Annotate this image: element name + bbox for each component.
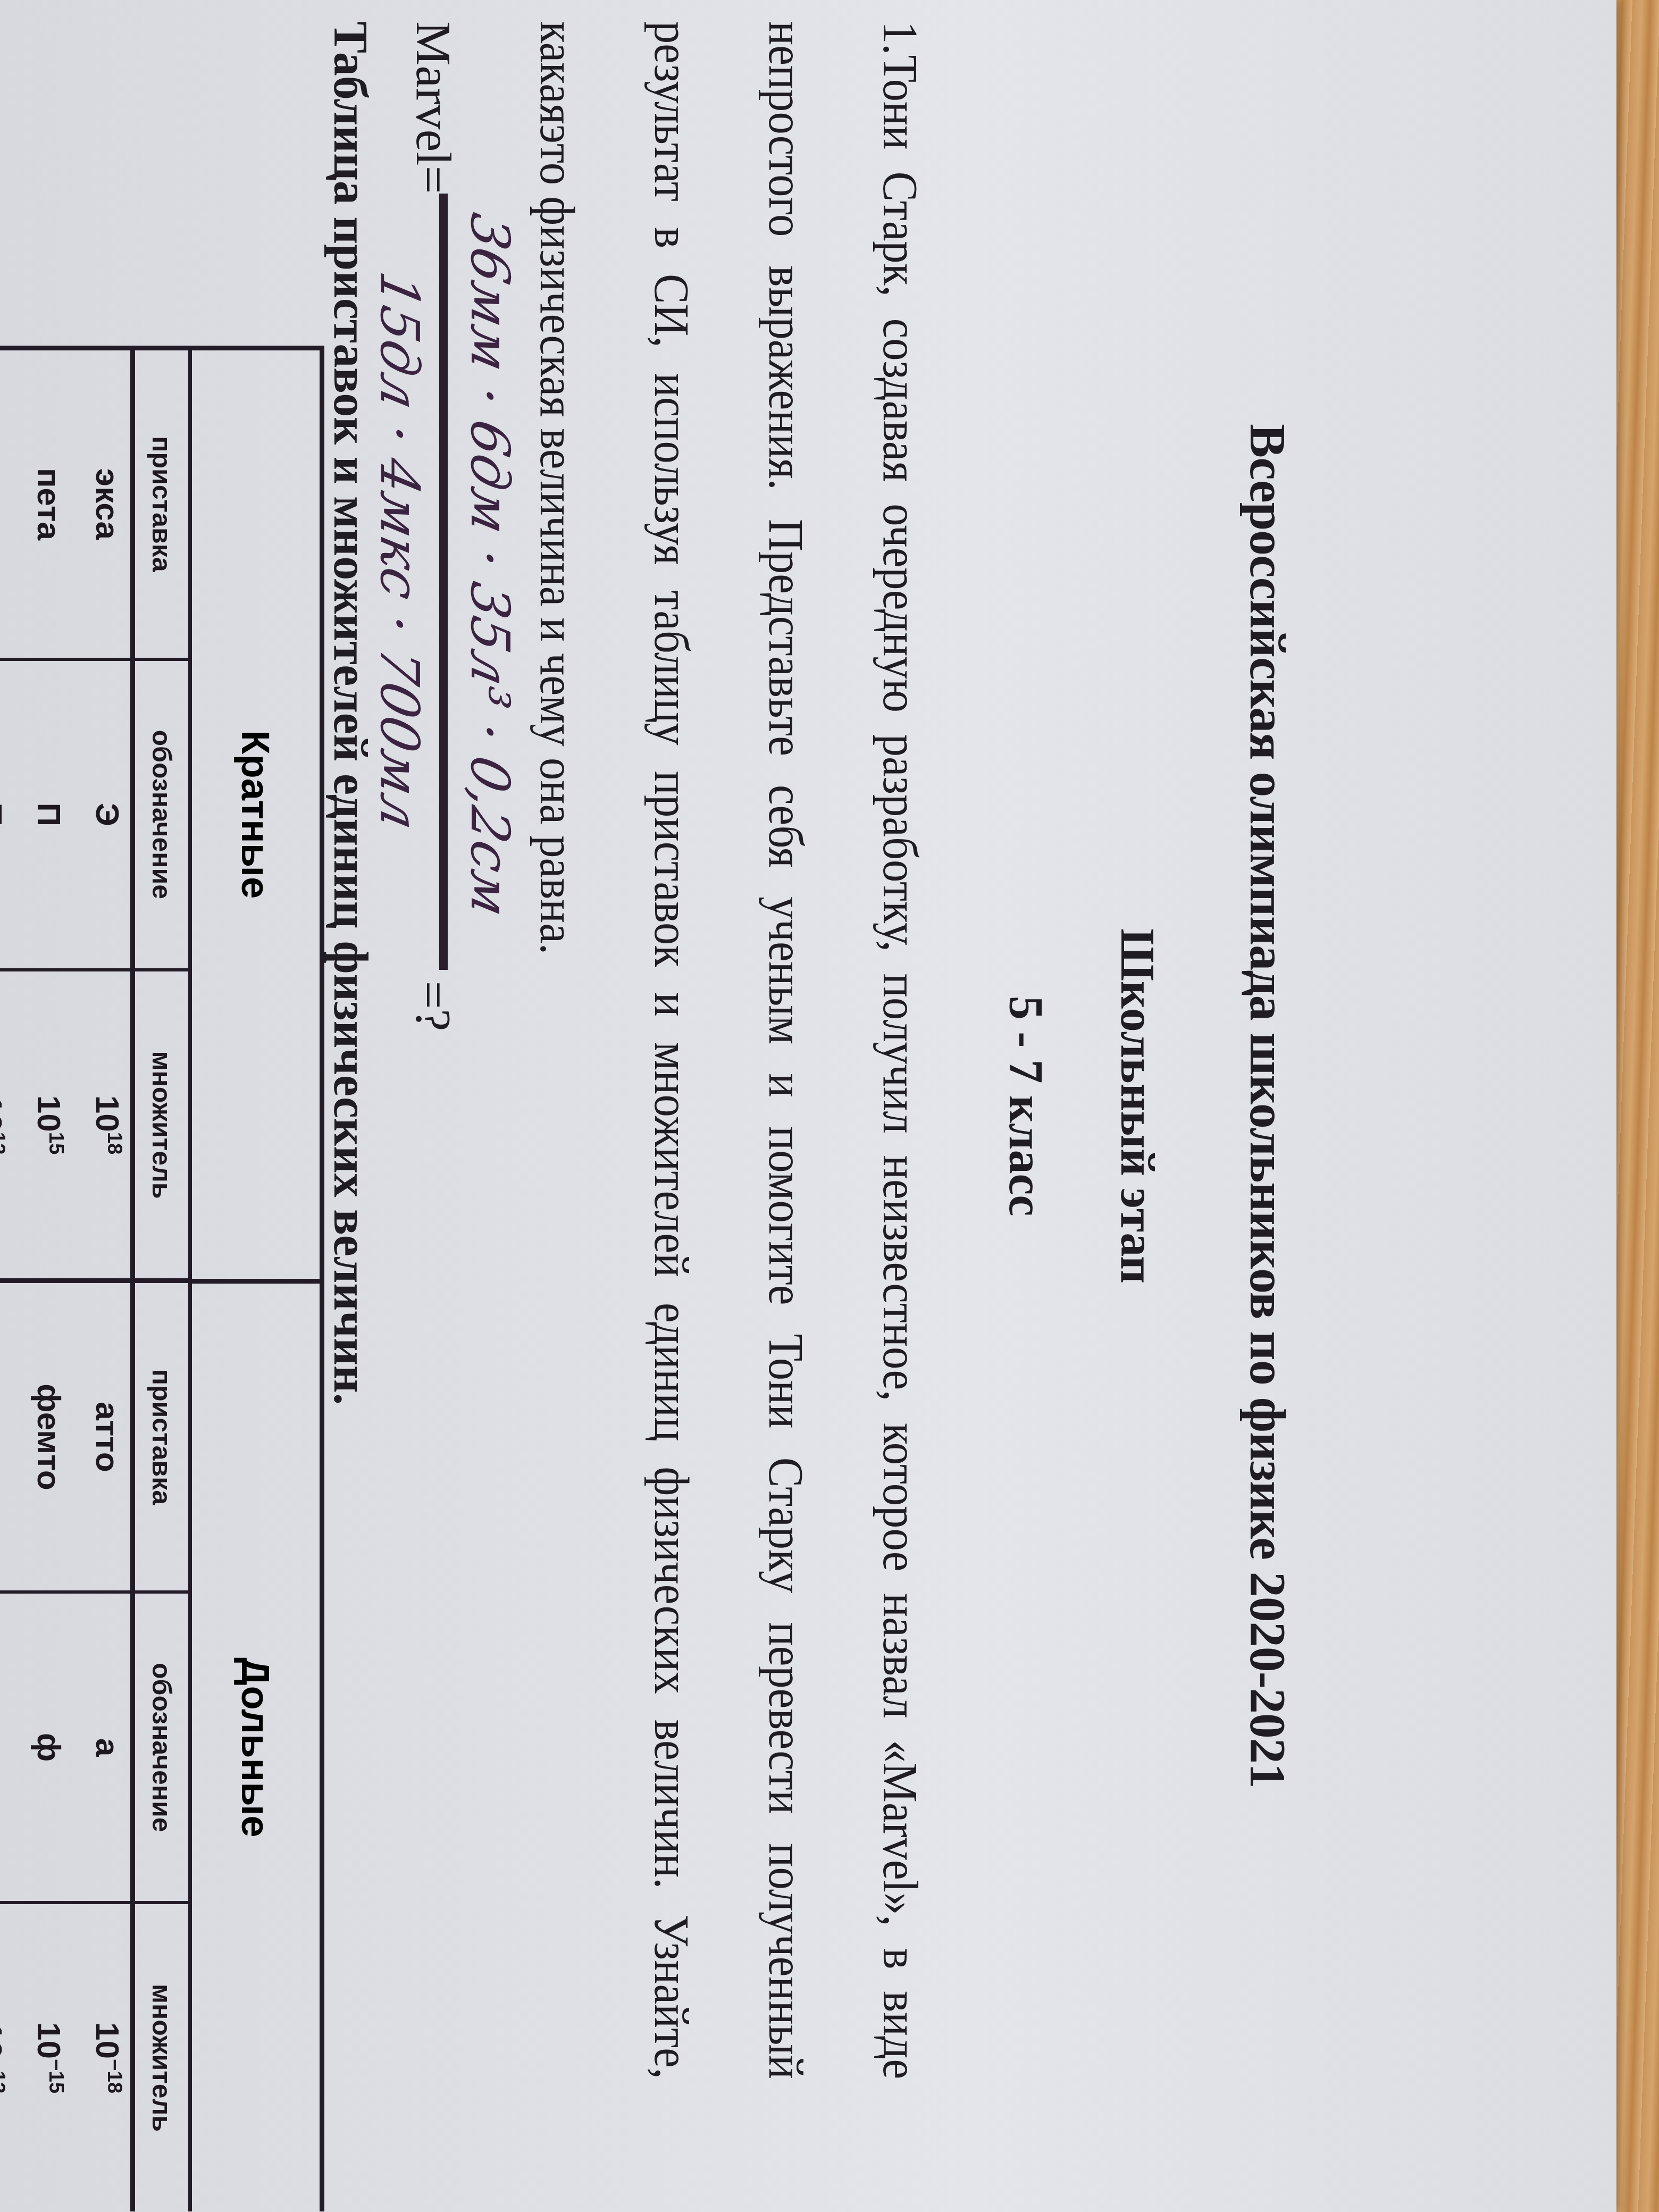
cell-multiplier: 1018 bbox=[72, 968, 130, 1279]
cell-multiplier: 10−15 bbox=[13, 1901, 72, 2211]
header-symbol: обозначение bbox=[135, 658, 188, 968]
cell-multiplier: 10−18 bbox=[72, 1901, 130, 2211]
header-multiplier: множитель bbox=[135, 1901, 188, 2211]
group-multiples: Кратные bbox=[192, 350, 320, 1279]
cell-multiplier: 1012 bbox=[0, 968, 13, 1279]
grade-heading: 5 - 7 класс bbox=[998, 0, 1053, 2212]
header-symbol: обозначение bbox=[135, 1590, 188, 1901]
header-prefix: приставка bbox=[135, 1278, 188, 1590]
handwritten-numerator: 36мм · 6дм · 35л³ · 0,2см bbox=[459, 208, 521, 923]
cell-symbol: П bbox=[13, 658, 72, 968]
stage-heading: Школьный этап bbox=[1110, 0, 1164, 2212]
cell-prefix: экса bbox=[72, 350, 130, 658]
handwritten-denominator: 15дл · 4мкс · 700мл bbox=[368, 267, 431, 836]
cell-symbol: а bbox=[72, 1590, 130, 1901]
answer-label: Marvel= bbox=[405, 21, 462, 194]
cell-prefix: пико bbox=[0, 1278, 13, 1590]
rotated-page-frame: Всероссийская олимпиада школьников по фи… bbox=[0, 0, 1659, 2212]
fraction-bar bbox=[439, 194, 448, 970]
cell-symbol: ф bbox=[13, 1590, 72, 1901]
cell-multiplier: 1015 bbox=[13, 968, 72, 1279]
cell-prefix: пета bbox=[13, 350, 72, 658]
table-row: эксаЭ1018аттоа10−18 bbox=[72, 350, 130, 2211]
header-prefix: приставка bbox=[135, 350, 188, 658]
cell-symbol: Э bbox=[72, 658, 130, 968]
prefix-table: Кратные Дольные приставка обозначение мн… bbox=[0, 346, 324, 2211]
cell-prefix: атто bbox=[72, 1278, 130, 1590]
header-multiplier: множитель bbox=[135, 968, 188, 1279]
problem-text: 1.Тони Старк, создавая очередную разрабо… bbox=[500, 21, 957, 2079]
table-row: тераТ1012пикоп10−12 bbox=[0, 350, 13, 2211]
document-title: Всероссийская олимпиада школьников по фи… bbox=[1238, 0, 1297, 2212]
cell-symbol: п bbox=[0, 1590, 13, 1901]
table-caption: Таблица приставок и множителей единиц фи… bbox=[323, 21, 378, 1405]
cell-prefix: фемто bbox=[13, 1278, 72, 1590]
paper-sheet: Всероссийская олимпиада школьников по фи… bbox=[0, 0, 1616, 2212]
group-submultiples: Дольные bbox=[192, 1279, 320, 2212]
table-group-header: Кратные Дольные bbox=[188, 350, 320, 2211]
table-row: петаП1015фемтоф10−15 bbox=[13, 350, 72, 2211]
table-column-headers: приставка обозначение множитель приставк… bbox=[130, 350, 188, 2211]
answer-suffix: =? bbox=[405, 981, 462, 1031]
cell-multiplier: 10−12 bbox=[0, 1901, 13, 2211]
cell-prefix: тера bbox=[0, 350, 13, 658]
table-body: эксаЭ1018аттоа10−18петаП1015фемтоф10−15т… bbox=[0, 350, 130, 2211]
cell-symbol: Т bbox=[0, 658, 13, 968]
